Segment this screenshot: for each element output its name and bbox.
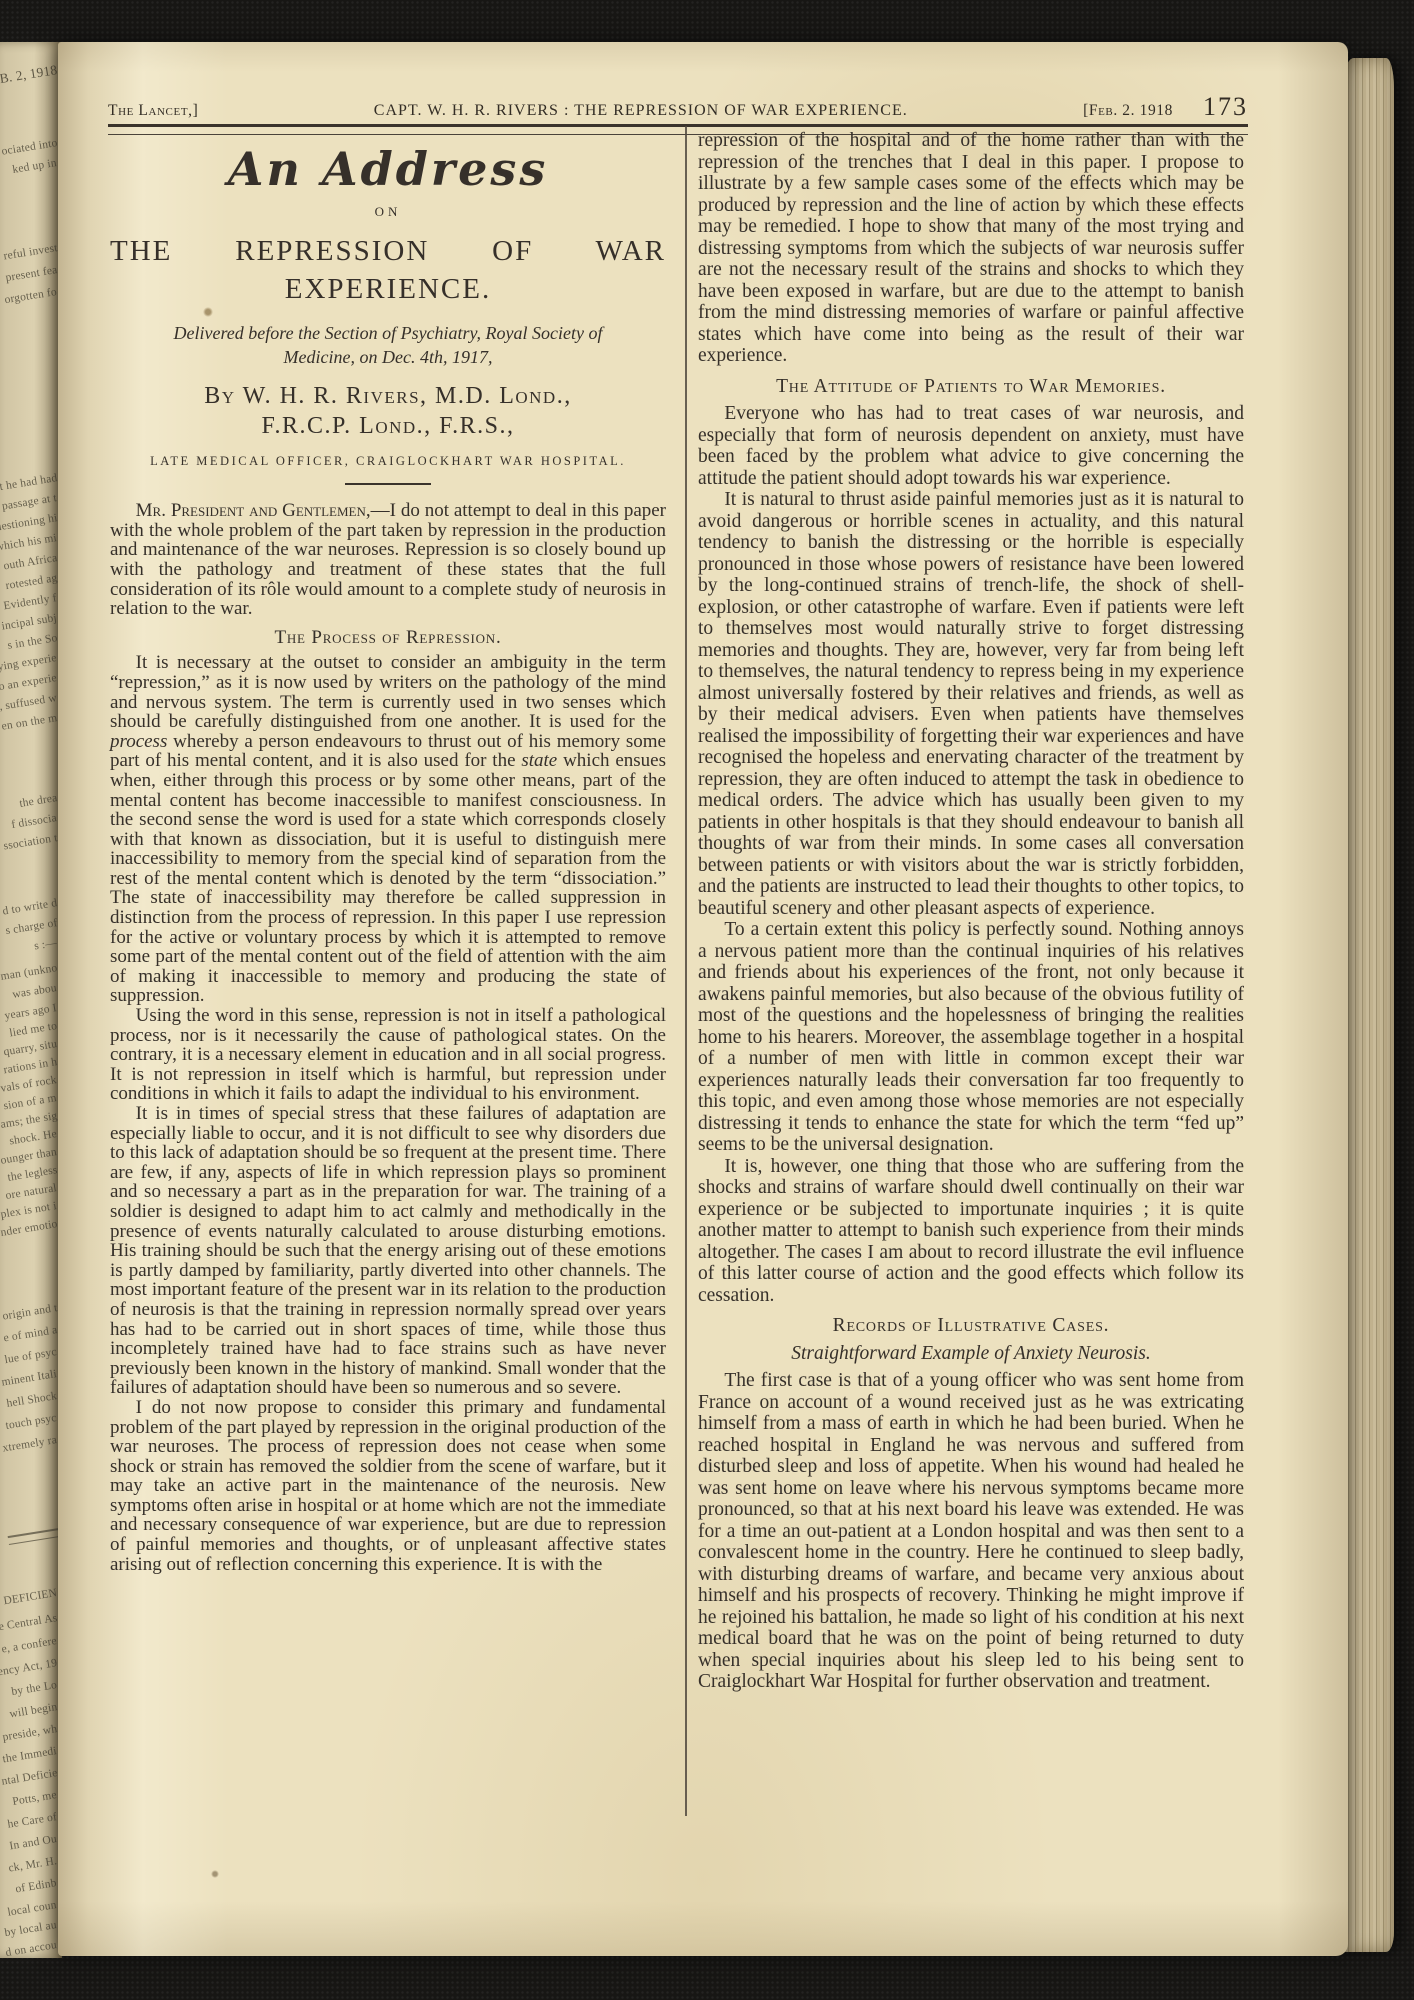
running-header: The Lancet,] CAPT. W. H. R. RIVERS : THE… (108, 92, 1248, 122)
paragraph: Mr. President and Gentlemen,—I do not at… (110, 501, 666, 619)
gutter-text-fragment: d on accou (5, 1939, 58, 1958)
gutter-text-fragment: orgotten fo (4, 286, 58, 306)
gutter-text-fragment: e Central As (0, 1612, 58, 1633)
author-byline: By W. H. R. Rivers, M.D. Lond., (110, 383, 666, 410)
case-subheading: Straightforward Example of Anxiety Neuro… (698, 1343, 1244, 1365)
gutter-rule (8, 1528, 61, 1545)
gutter-text-fragment: the Immedi (2, 1745, 58, 1765)
gutter-text-fragment: s in the So (6, 632, 58, 652)
gutter-text-fragment: e, a confere (1, 1635, 58, 1656)
gutter-text-fragment: origin and t (1, 1302, 58, 1323)
author-credentials: F.R.C.P. Lond., F.R.S., (110, 413, 666, 440)
gutter-text-fragment: en on the m (1, 712, 58, 733)
left-column: An AddressONTHE REPRESSION OF WAREXPERIE… (110, 130, 666, 1574)
right-column: repression of the hospital and of the ho… (698, 130, 1244, 1693)
gutter-text-fragment: which his mi (0, 532, 58, 554)
gutter-text-fragment: plex is not i (0, 1200, 58, 1221)
gutter-text-fragment: he Care of (7, 1811, 58, 1831)
journal-page: The Lancet,] CAPT. W. H. R. RIVERS : THE… (58, 42, 1348, 1956)
gutter-text-fragment: man (unkno (0, 962, 58, 983)
gutter-text-fragment: e passage at t (0, 492, 58, 514)
paragraph-continuation: repression of the hospital and of the ho… (698, 130, 1244, 367)
gutter-text-fragment: outh Africa (2, 552, 57, 572)
gutter-text-fragment: was abou (12, 982, 58, 1001)
gutter-text-fragment: by local au (4, 1919, 58, 1939)
gutter-text-fragment: t he had had (0, 472, 58, 493)
gutter-text-fragment: e of mind a (2, 1324, 57, 1344)
gutter-text-fragment: ck, Mr. H. (8, 1855, 58, 1875)
gutter-text-fragment: by the Lo (11, 1679, 58, 1698)
gutter-text-fragment: f dissocia (11, 812, 58, 831)
paragraph: I do not now propose to consider this pr… (110, 1398, 666, 1574)
delivered-note: Delivered before the Section of Psychiat… (110, 321, 666, 369)
gutter-text-fragment: In and Ou (9, 1833, 58, 1852)
gutter-text-fragment: uestioning hi (0, 512, 58, 534)
gutter-text-fragment: ntal Deficie (0, 1767, 58, 1788)
gutter-text-fragment: s :— (33, 937, 57, 952)
gutter-text-fragment: B. 2, 1918 (0, 62, 58, 87)
gutter-text-fragment: of Edinb (15, 1877, 58, 1895)
gutter-text-fragment: DEFICIEN (3, 1587, 58, 1607)
paragraph: It is, however, one thing that those who… (698, 1156, 1244, 1307)
page-number: 173 (1203, 92, 1248, 122)
gutter-text-fragment: the drea (18, 792, 58, 810)
gutter-text-fragment: o an experie (0, 672, 58, 693)
gutter-text-fragment: lied me to (9, 1020, 58, 1039)
gutter-text-fragment: s charge of (4, 917, 58, 937)
gutter-text-fragment: present fea (4, 264, 58, 284)
running-title: CAPT. W. H. R. RIVERS : THE REPRESSION O… (198, 102, 1083, 120)
gutter-text-fragment: reful invest (2, 242, 58, 262)
gutter-text-fragment: Evidently f (3, 592, 58, 612)
paragraph: The first case is that of a young office… (698, 1370, 1244, 1693)
gutter-text-fragment: d to write d (2, 897, 58, 917)
gutter-text-fragment: ked up in (12, 157, 58, 176)
paragraph: It is in times of special stress that th… (110, 1104, 666, 1398)
gutter-text-fragment: rotested ag (4, 572, 58, 592)
ornament-rule (345, 483, 431, 485)
section-heading: The Process of Repression. (110, 628, 666, 648)
book-scan: B. 2, 1918ociated intoked up inreful inv… (0, 0, 1414, 2000)
gutter-text-fragment: quarry, situ (3, 1038, 58, 1058)
gutter-text-fragment: ying experie (0, 652, 58, 673)
journal-name: The Lancet,] (108, 102, 198, 120)
section-heading: Records of Illustrative Cases. (698, 1315, 1244, 1337)
issue-date: [Feb. 2. 1918 (1083, 102, 1173, 120)
section-heading: The Attitude of Patients to War Memories… (698, 376, 1244, 398)
gutter-text-fragment: will begin (8, 1701, 58, 1720)
adjacent-page-gutter-fragments: B. 2, 1918ociated intoked up inreful inv… (0, 42, 62, 1958)
gutter-text-fragment: minent Itali (1, 1368, 58, 1389)
gutter-text-fragment: xtremely ra (2, 1434, 58, 1454)
gutter-text-fragment: hell Shock (6, 1390, 58, 1410)
gutter-text-fragment: shock. He (9, 1128, 58, 1147)
gutter-text-fragment: local coun (7, 1899, 58, 1919)
paragraph: It is natural to thrust aside painful me… (698, 489, 1244, 919)
gutter-text-fragment: ams; the sig (0, 1110, 58, 1131)
gutter-text-fragment: sion of a m (3, 1092, 58, 1112)
paragraph: It is necessary at the outset to conside… (110, 653, 666, 1006)
gutter-text-fragment: incipal subj (1, 612, 58, 633)
paragraph: Using the word in this sense, repression… (110, 1006, 666, 1104)
gutter-text-fragment: s, suffused w (0, 692, 58, 714)
gutter-text-fragment: ssociation t (2, 832, 58, 852)
paragraph: To a certain extent this policy is perfe… (698, 919, 1244, 1156)
gutter-text-fragment: lue of psyc (4, 1346, 58, 1366)
gutter-text-fragment: years ago I (4, 1002, 58, 1022)
gutter-text-fragment: nder emotio (0, 1218, 58, 1239)
gutter-text-fragment: Potts, me (12, 1789, 58, 1808)
gutter-text-fragment: the legless (6, 1164, 58, 1184)
column-divider (685, 126, 687, 1816)
gutter-text-fragment: rations in h (3, 1056, 58, 1076)
article-title-line2: EXPERIENCE. (110, 272, 666, 307)
paragraph: Everyone who has had to treat cases of w… (698, 403, 1244, 489)
gutter-text-fragment: ore natural (5, 1182, 58, 1202)
gutter-text-fragment: vals of rock (0, 1074, 58, 1095)
author-affiliation: LATE MEDICAL OFFICER, CRAIGLOCKHART WAR … (110, 452, 666, 472)
gutter-text-fragment: ounger than (0, 1146, 58, 1167)
gutter-text-fragment: preside, wh (2, 1723, 58, 1743)
gutter-text-fragment: touch psyc (5, 1412, 58, 1432)
gutter-text-fragment: ency Act, 19 (0, 1657, 58, 1678)
article-kicker: An Address (110, 144, 666, 194)
gutter-text-fragment: ociated into (0, 137, 58, 158)
kicker-on: ON (110, 202, 666, 222)
article-title-line1: THE REPRESSION OF WAR (110, 234, 666, 269)
